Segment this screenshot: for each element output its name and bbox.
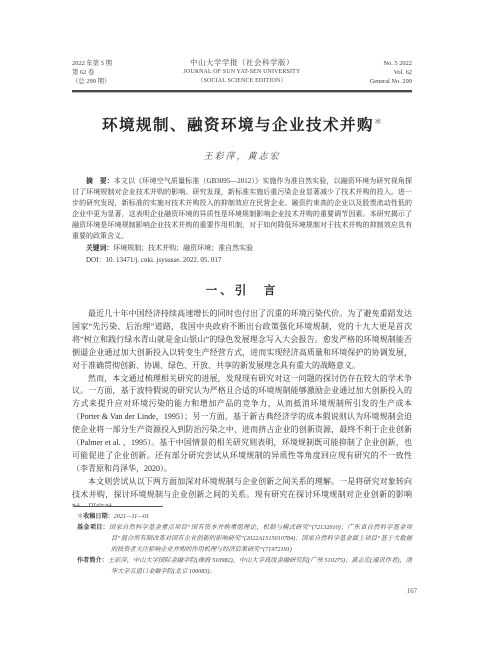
journal-masthead: 2022 年第 5 期 第 62 卷 （总 299 期） 中山大学学报（社会科学… xyxy=(72,58,412,86)
fund-project-label: 基金项目： xyxy=(77,524,109,531)
section-heading-introduction: 一、引 言 xyxy=(72,282,412,298)
doi-label: DOI： xyxy=(86,256,105,264)
author-bio-text: 王彩萍，中山大学国际金融学院(珠海 510982)，中山大学高级金融研究院(广州… xyxy=(108,557,412,575)
journal-edition-en: （SOCIAL SCIENCE EDITION） xyxy=(152,77,332,86)
keywords-line: 关键词：环境规制；技术并购；融资环境；准自然实验 xyxy=(72,243,412,254)
abstract-block: 摘 要：本文以《环境空气质量标准（GB3095—2012）》实施作为准自然实验，… xyxy=(72,176,412,266)
abstract-label: 摘 要： xyxy=(86,178,114,185)
fund-project-line: 基金项目：国家自然科学基金重点项目“国有资本并购重组理论、机制与模式研究”(72… xyxy=(72,522,412,555)
doi-line: DOI：10. 13471/j. cnki. jsysusse. 2022. 0… xyxy=(72,255,412,266)
general-issue-en: General No. 299 xyxy=(332,77,412,86)
fund-project-text: 国家自然科学基金重点项目“国有资本并购重组理论、机制与模式研究”(7213201… xyxy=(109,524,412,553)
issue-year-en: No. 5 2022 xyxy=(332,59,412,68)
body-paragraph: 然而，本文通过梳理相关研究的进展，发现现有研究对这一问题的探讨仍存在较大的学术争… xyxy=(72,373,412,476)
journal-title-en: JOURNAL OF SUN YAT-SEN UNIVERSITY xyxy=(152,68,332,77)
volume-en: Vol. 62 xyxy=(332,68,412,77)
journal-page: 2022 年第 5 期 第 62 卷 （总 299 期） 中山大学学报（社会科学… xyxy=(0,0,480,647)
masthead-rule xyxy=(72,90,412,93)
author-bio-line: 作者简介：王彩萍，中山大学国际金融学院(珠海 510982)，中山大学高级金融研… xyxy=(72,555,412,577)
keywords-text: 环境规制；技术并购；融资环境；准自然实验 xyxy=(113,244,253,252)
journal-title-block: 中山大学学报（社会科学版） JOURNAL OF SUN YAT-SEN UNI… xyxy=(152,58,332,86)
article-body: 最近几十年中国经济持续高速增长的同时也付出了沉重的环境污染代价。为了避免重蹈发达… xyxy=(72,308,412,515)
issue-info-cn: 2022 年第 5 期 第 62 卷 （总 299 期） xyxy=(72,59,152,86)
abstract-text: 本文以《环境空气质量标准（GB3095—2012）》实施作为准自然实验，以融资环… xyxy=(72,177,412,240)
received-date-line: ＊收稿日期：2021—11—01 xyxy=(72,511,412,522)
author-bio-label: 作者简介： xyxy=(77,557,108,564)
received-date-label: 收稿日期： xyxy=(83,513,113,520)
footnote-block: ＊收稿日期：2021—11—01 基金项目：国家自然科学基金重点项目“国有资本并… xyxy=(72,506,412,577)
page-number: 167 xyxy=(407,588,417,595)
issue-year-cn: 2022 年第 5 期 xyxy=(72,59,152,68)
volume-cn: 第 62 卷 xyxy=(72,68,152,77)
abstract-paragraph: 摘 要：本文以《环境空气质量标准（GB3095—2012）》实施作为准自然实验，… xyxy=(72,176,412,242)
article-title-text: 环境规制、融资环境与企业技术并购 xyxy=(102,117,374,134)
doi-value: 10. 13471/j. cnki. jsysusse. 2022. 05. 0… xyxy=(105,256,221,264)
general-issue-cn: （总 299 期） xyxy=(72,77,152,86)
title-footnote-mark: ＊ xyxy=(374,117,382,126)
journal-title-cn: 中山大学学报（社会科学版） xyxy=(152,58,332,67)
keywords-label: 关键词： xyxy=(86,245,113,252)
article-title: 环境规制、融资环境与企业技术并购＊ xyxy=(72,113,412,135)
received-date-value: 2021—11—01 xyxy=(114,513,149,520)
article-authors: 王彩萍，黄志宏 xyxy=(72,149,412,162)
body-paragraph: 最近几十年中国经济持续高速增长的同时也付出了沉重的环境污染代价。为了避免重蹈发达… xyxy=(72,308,412,373)
issue-info-en: No. 5 2022 Vol. 62 General No. 299 xyxy=(332,59,412,86)
footnote-rule xyxy=(73,506,163,507)
